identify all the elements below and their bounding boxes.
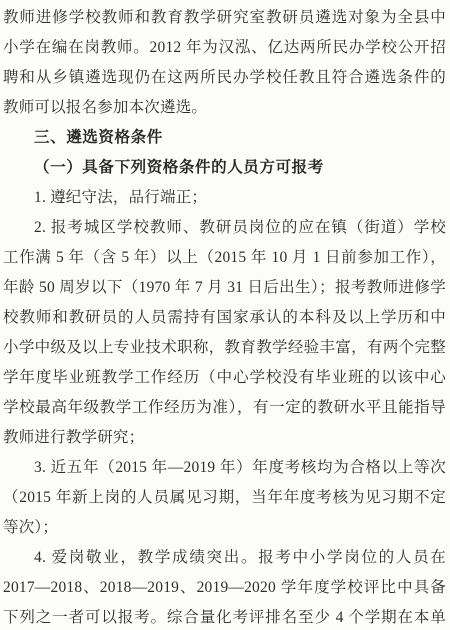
document-line: 学年度毕业班教学工作经历（中心学校没有毕业班的以该中心 <box>3 363 446 393</box>
document-line: 小学中级及以上专业技术职称，教育教学经验丰富，有两个完整 <box>3 333 446 363</box>
document-line: 工作满 5 年（含 5 年）以上（2015 年 10 月 1 日前参加工作）， <box>3 243 446 273</box>
document-page: 教师进修学校教师和教育教学研究室教研员遴选对象为全县中小学在编在岗教师。2012… <box>0 0 450 630</box>
document-line: 下列之一者可以报考。综合量化考评排名至少 4 个学期在本单 <box>3 603 446 630</box>
document-line: 学校最高年级教学工作经历为准），有一定的教研水平且能指导 <box>3 393 446 423</box>
document-line: 1. 遵纪守法，品行端正； <box>3 183 446 213</box>
document-line: 聘和从乡镇遴选现仍在这两所民办学校任教且符合遴选条件的 <box>3 63 446 93</box>
document-line: 等次）； <box>3 513 446 543</box>
document-line: （2015 年新上岗的人员属见习期，当年年度考核为见习期不定 <box>3 483 446 513</box>
section-heading: （一）具备下列资格条件的人员方可报考 <box>3 153 446 183</box>
document-line: 教师可以报名参加本次遴选。 <box>3 93 446 123</box>
document-line: 4. 爱岗敬业，教学成绩突出。报考中小学岗位的人员在 <box>3 543 446 573</box>
document-line: 2. 报考城区学校教师、教研员岗位的应在镇（街道）学校 <box>3 213 446 243</box>
document-line: 教师进行教学研究； <box>3 423 446 453</box>
document-line: 年龄 50 周岁以下（1970 年 7 月 31 日后出生）；报考教师进修学 <box>3 273 446 303</box>
document-line: 教师进修学校教师和教育教学研究室教研员遴选对象为全县中 <box>3 3 446 33</box>
document-line: 3. 近五年（2015 年—2019 年）年度考核均为合格以上等次 <box>3 453 446 483</box>
document-line: 小学在编在岗教师。2012 年为汉泓、亿达两所民办学校公开招 <box>3 33 446 63</box>
document-line: 2017—2018、2018—2019、2019—2020 学年度学校评比中具备 <box>3 573 446 603</box>
document-text-block: 教师进修学校教师和教育教学研究室教研员遴选对象为全县中小学在编在岗教师。2012… <box>3 3 446 630</box>
document-line: 校教师和教研员的人员需持有国家承认的本科及以上学历和中 <box>3 303 446 333</box>
section-heading: 三、遴选资格条件 <box>3 123 446 153</box>
